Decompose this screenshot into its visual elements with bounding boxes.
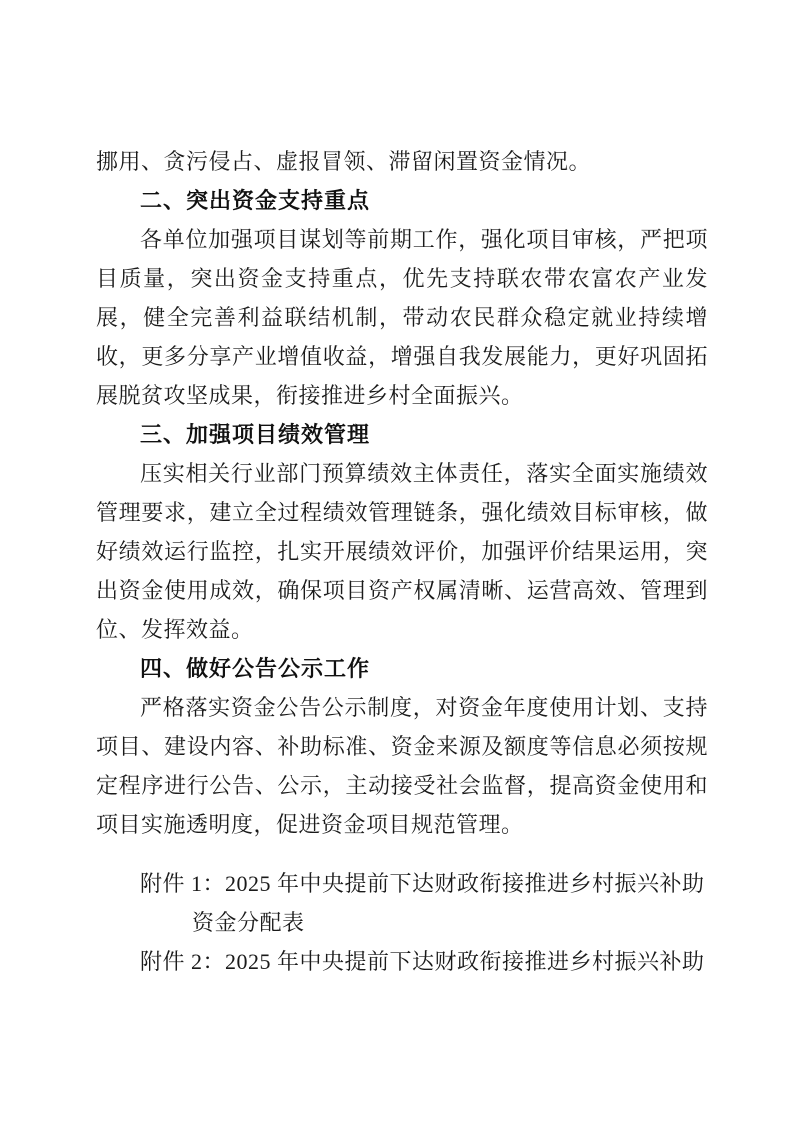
section-3-paragraph: 压实相关行业部门预算绩效主体责任，落实全面实施绩效管理要求，建立全过程绩效管理链… bbox=[96, 454, 708, 649]
attachment-item-1: 附件 1：2025 年中央提前下达财政衔接推进乡村振兴补助资金分配表 bbox=[140, 864, 708, 942]
attachment-1-title-line-1: 2025 年中央提前下达财政衔接推进乡村振兴补助 bbox=[225, 871, 705, 896]
document-body: 挪用、贪污侵占、虚报冒领、滞留闲置资金情况。 二、突出资金支持重点 各单位加强项… bbox=[96, 142, 708, 981]
attachment-1-label: 附件 1： bbox=[140, 871, 225, 896]
attachment-1-title-line-2: 资金分配表 bbox=[192, 903, 305, 942]
attachment-2-title-line-1: 2025 年中央提前下达财政衔接推进乡村振兴补助 bbox=[225, 949, 705, 974]
attachment-list: 附件 1：2025 年中央提前下达财政衔接推进乡村振兴补助资金分配表 附件 2：… bbox=[140, 864, 708, 981]
section-heading-2: 二、突出资金支持重点 bbox=[96, 181, 708, 220]
attachment-item-2: 附件 2：2025 年中央提前下达财政衔接推进乡村振兴补助 bbox=[140, 942, 708, 981]
document-page: 挪用、贪污侵占、虚报冒领、滞留闲置资金情况。 二、突出资金支持重点 各单位加强项… bbox=[0, 0, 793, 1122]
section-heading-3: 三、加强项目绩效管理 bbox=[96, 415, 708, 454]
section-2-paragraph: 各单位加强项目谋划等前期工作，强化项目审核，严把项目质量，突出资金支持重点，优先… bbox=[96, 220, 708, 415]
attachment-2-label: 附件 2： bbox=[140, 949, 225, 974]
section-heading-4: 四、做好公告公示工作 bbox=[96, 649, 708, 688]
section-4-paragraph: 严格落实资金公告公示制度，对资金年度使用计划、支持项目、建设内容、补助标准、资金… bbox=[96, 688, 708, 844]
paragraph-continuation: 挪用、贪污侵占、虚报冒领、滞留闲置资金情况。 bbox=[96, 142, 708, 181]
